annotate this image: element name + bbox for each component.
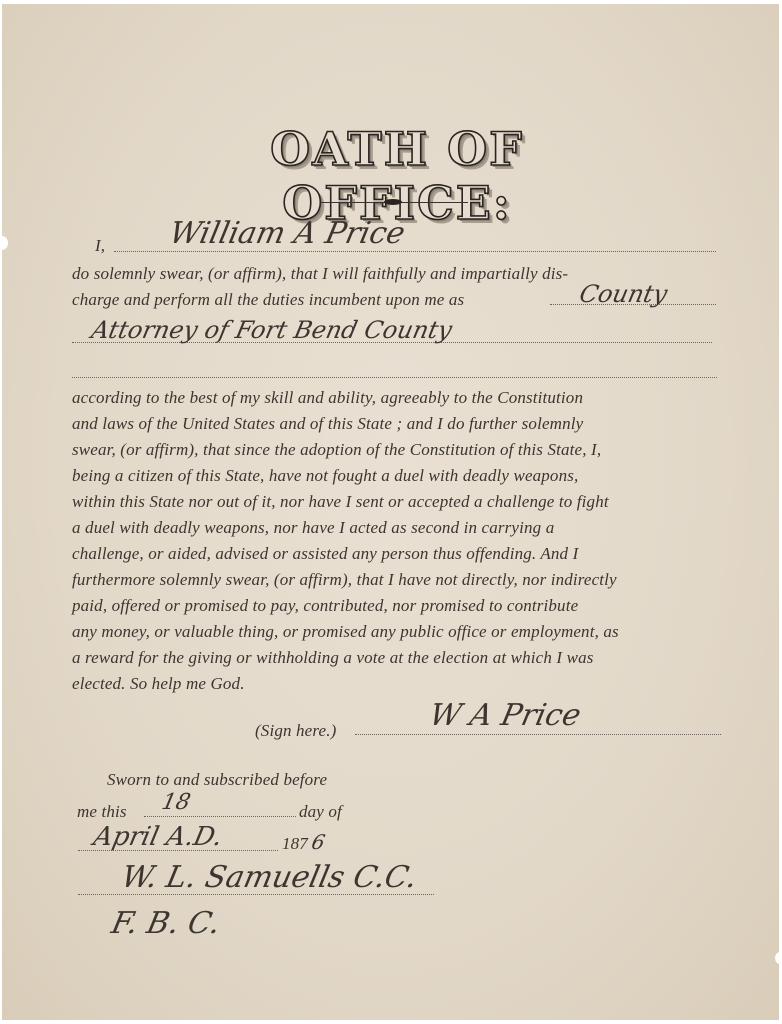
oath-line: a duel with deadly weapons, nor have I a… [72,518,554,538]
day-of-label: day of [299,802,342,822]
oath-line: any money, or valuable thing, or promise… [72,622,619,642]
body-line: do solemnly swear, (or affirm), that I w… [72,264,568,284]
signature-handwritten: W A Price [426,698,584,733]
year-digit-handwritten: 6 [309,830,327,854]
name-handwritten: William A Price [166,216,408,251]
oath-line: paid, offered or promised to pay, contri… [72,596,578,616]
oath-line: swear, (or affirm), that since the adopt… [72,440,601,460]
county-abbrev-handwritten: F. B. C. [108,906,223,941]
sworn-text: Sworn to and subscribed before [107,770,327,790]
sign-here-label: (Sign here.) [255,721,336,741]
oath-line: elected. So help me God. [72,674,245,694]
day-handwritten: 18 [159,790,192,815]
oath-line: being a citizen of this State, have not … [72,466,578,486]
oath-line: according to the best of my skill and ab… [72,388,583,408]
blank-line [72,377,717,378]
oath-line: challenge, or aided, advised or assisted… [72,544,578,564]
year-prefix: 187 [282,834,308,854]
body-line: charge and perform all the duties incumb… [72,290,464,310]
clerk-signature-handwritten: W. L. Samuells C.C. [118,860,420,895]
month-handwritten: April A.D. [91,822,225,852]
oath-line: within this State nor out of it, nor hav… [72,492,609,512]
oath-line: a reward for the giving or withholding a… [72,648,594,668]
signature-line [355,734,721,735]
intro-prefix: I, [95,236,105,256]
office-handwritten-2: Attorney of Fort Bend County [89,316,455,344]
day-line [144,816,296,817]
name-line [114,251,716,252]
document-page: OATH OF OFFICE: I, William A Price do so… [2,4,779,1020]
office-handwritten: County [577,280,670,308]
paper-tear [775,952,782,964]
oath-line: furthermore solemnly swear, (or affirm),… [72,570,617,590]
oath-line: and laws of the United States and of thi… [72,414,583,434]
paper-tear [0,236,8,250]
me-this-label: me this [77,802,127,822]
document-title: OATH OF OFFICE: [157,122,637,230]
title-ornament-rule [320,202,468,203]
